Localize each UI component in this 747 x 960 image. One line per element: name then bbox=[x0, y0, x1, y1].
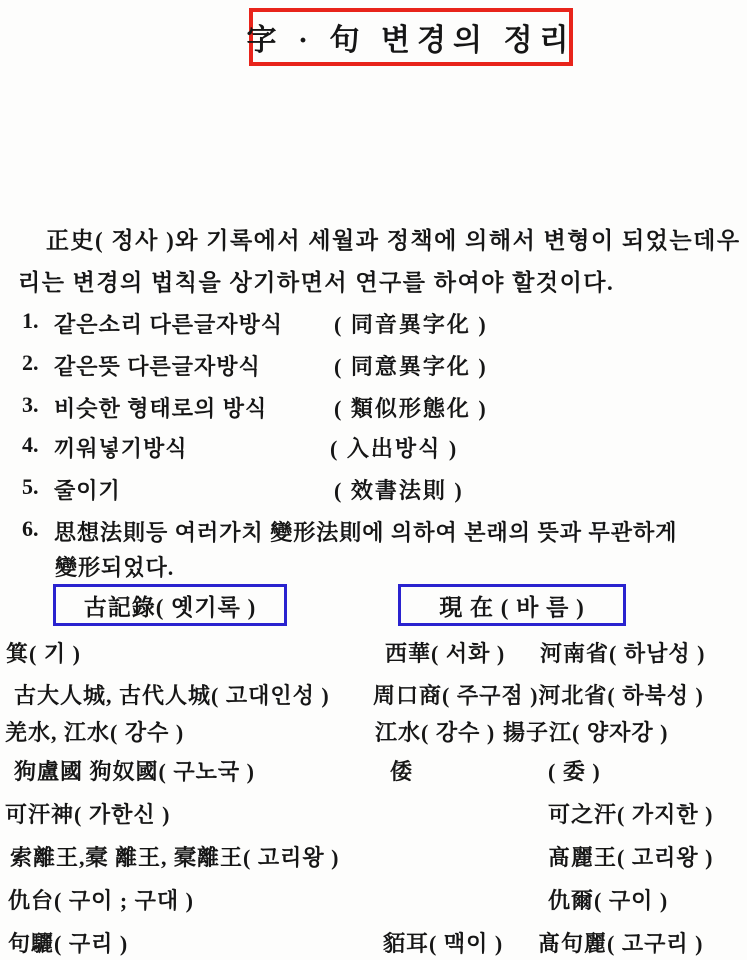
rule-2-hanja: ( 同意異字化 ) bbox=[334, 350, 488, 381]
rule-6-continuation: 變形되었다. bbox=[55, 551, 174, 582]
old-record-cell: 狗盧國 狗奴國( 구노국 ) bbox=[14, 755, 255, 786]
rule-4-label: 끼워넣기방식 bbox=[54, 432, 188, 463]
old-records-header: 古記錄( 옛기록 ) bbox=[84, 589, 256, 622]
rule-4-number: 4. bbox=[22, 432, 39, 458]
current-name-cell-secondary: 揚子江( 양자강 ) bbox=[503, 716, 668, 747]
current-header: 現 在 ( 바 름 ) bbox=[439, 589, 585, 622]
rule-3-number: 3. bbox=[22, 392, 39, 418]
current-name-cell: 周口商( 주구점 )河北省( 하북성 ) bbox=[373, 679, 704, 710]
rule-5-number: 5. bbox=[22, 474, 39, 500]
old-records-header-box: 古記錄( 옛기록 ) bbox=[53, 584, 287, 626]
old-record-cell: 箕( 기 ) bbox=[6, 637, 81, 668]
current-name-cell-secondary: ( 委 ) bbox=[548, 755, 601, 786]
rule-3-label: 비슷한 형태로의 방식 bbox=[54, 392, 267, 423]
current-name-cell: 西華( 서화 ) bbox=[385, 637, 505, 668]
rule-4-hanja: ( 入出방식 ) bbox=[330, 432, 458, 463]
old-record-cell: 句驪( 구리 ) bbox=[8, 927, 128, 958]
current-name-cell-secondary: 仇爾( 구이 ) bbox=[548, 884, 668, 915]
old-record-cell: 羌水, 江水( 강수 ) bbox=[5, 716, 184, 747]
current-name-cell-secondary: 髙麗王( 고리왕 ) bbox=[548, 841, 713, 872]
current-name-cell: 江水( 강수 ) bbox=[375, 716, 495, 747]
current-name-cell-secondary: 河南省( 하남성 ) bbox=[540, 637, 705, 668]
rule-6-label: 思想法則등 여러가치 變形法則에 의하여 본래의 뜻과 무관하게 bbox=[54, 516, 678, 547]
rule-1-number: 1. bbox=[22, 308, 39, 334]
rule-1-hanja: ( 同音異字化 ) bbox=[334, 308, 488, 339]
old-record-cell: 可汗神( 가한신 ) bbox=[5, 798, 170, 829]
rule-2-number: 2. bbox=[22, 350, 39, 376]
rule-1-label: 같은소리 다른글자방식 bbox=[54, 308, 283, 339]
page-title: 字 · 句 변경의 정리 bbox=[247, 15, 576, 59]
rule-2-label: 같은뜻 다른글자방식 bbox=[54, 350, 261, 381]
current-name-cell-secondary: 可之汗( 가지한 ) bbox=[548, 798, 713, 829]
current-name-cell: 倭 bbox=[390, 755, 413, 786]
rule-5-label: 줄이기 bbox=[54, 474, 121, 505]
current-name-cell-secondary: 髙句麗( 고구리 ) bbox=[538, 927, 703, 958]
old-record-cell: 古大人城, 古代人城( 고대인성 ) bbox=[14, 679, 330, 710]
current-header-box: 現 在 ( 바 름 ) bbox=[398, 584, 626, 626]
current-name-cell: 貊耳( 맥이 ) bbox=[383, 927, 503, 958]
old-record-cell: 索離王,槖 離王, 槖離王( 고리왕 ) bbox=[10, 841, 339, 872]
old-record-cell: 仇台( 구이 ; 구대 ) bbox=[8, 884, 194, 915]
title-box: 字 · 句 변경의 정리 bbox=[249, 8, 573, 66]
intro-line-2: 리는 변경의 법칙을 상기하면서 연구를 하여야 할것이다. bbox=[18, 264, 614, 297]
document-page: 字 · 句 변경의 정리 正史( 정사 )와 기록에서 세월과 정책에 의해서 … bbox=[0, 0, 747, 960]
rule-5-hanja: ( 效書法則 ) bbox=[334, 474, 464, 505]
rule-3-hanja: ( 類似形態化 ) bbox=[334, 392, 488, 423]
rule-6-number: 6. bbox=[22, 516, 39, 542]
intro-line-1: 正史( 정사 )와 기록에서 세월과 정책에 의해서 변형이 되었는데우 bbox=[46, 222, 741, 255]
